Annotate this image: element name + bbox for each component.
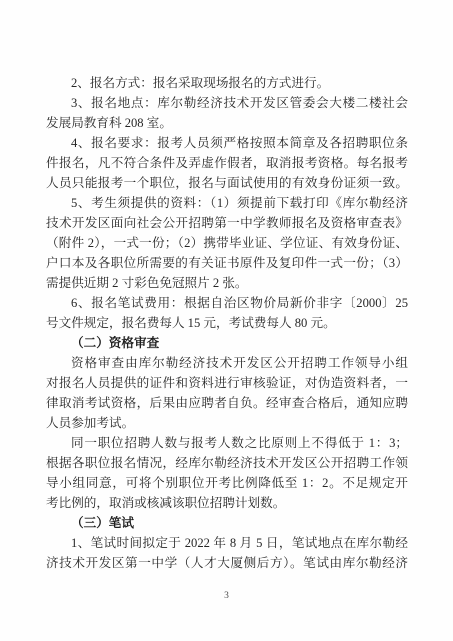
body-line: 3、报名地点：库尔勒经济技术开发区管委会大楼二楼社会 [46,93,408,113]
scanned-page-background: 2、报名方式：报名采取现场报名的方式进行。 3、报名地点：库尔勒经济技术开发区管… [0,0,453,641]
body-line: （附件 2），一式一份；（2）携带毕业证、学位证、有效身份证、 [46,233,408,253]
body-line: 根据各职位报名情况，经库尔勒经济技术开发区公开招聘工作领 [46,453,408,473]
body-line: 同一职位招聘人数与报考人数之比原则上不得低于 1：3； [46,433,408,453]
body-line: 5、考生须提供的资料：（1）须提前下载打印《库尔勒经济 [46,193,408,213]
document-page: { "document": { "language": "zh-CN", "te… [0,0,453,641]
section-heading: （三）笔试 [46,513,408,533]
body-line: 人员只能报考一个职位，报名与面试使用的有效身份证须一致。 [46,173,408,193]
body-line: 号文件规定，报名费每人 15 元，考试费每人 80 元。 [46,313,408,333]
body-line: 导小组同意，可将个别职位开考比例降低至 1：2。不足规定开 [46,473,408,493]
body-line: 户口本及各职位所需要的有关证书原件及复印件一式一份；（3） [46,253,408,273]
body-line: 对报名人员提供的证件和资料进行审核验证，对伪造资料者，一 [46,373,408,393]
section-heading: （二）资格审查 [46,333,408,353]
body-line: 6、报名笔试费用：根据自治区物价局新价非字〔2000〕25 [46,293,408,313]
body-line: 发展局教育科 208 室。 [46,113,408,133]
page-number: 3 [0,591,453,601]
body-line: 件报名，凡不符合条件及弄虚作假者，取消报考资格。每名报考 [46,153,408,173]
body-line: 考比例的，取消或核减该职位招聘计划数。 [46,493,408,513]
body-line: 1、笔试时间拟定于 2022 年 8 月 5 日，笔试地点在库尔勒经 [46,533,408,553]
body-line: 人员参加考试。 [46,413,408,433]
body-line: 4、报名要求：报考人员须严格按照本简章及各招聘职位条 [46,133,408,153]
body-line: 需提供近期 2 寸彩色免冠照片 2 张。 [46,273,408,293]
body-line: 济技术开发区第一中学（人才大厦侧后方）。笔试由库尔勒经济 [46,553,408,573]
body-line: 律取消考试资格，后果由应聘者自负。经审查合格后，通知应聘 [46,393,408,413]
document-body-text: 2、报名方式：报名采取现场报名的方式进行。 3、报名地点：库尔勒经济技术开发区管… [46,73,408,573]
body-line: 资格审查由库尔勒经济技术开发区公开招聘工作领导小组 [46,353,408,373]
body-line: 2、报名方式：报名采取现场报名的方式进行。 [46,73,408,93]
body-line: 技术开发区面向社会公开招聘第一中学教师报名及资格审查表》 [46,213,408,233]
